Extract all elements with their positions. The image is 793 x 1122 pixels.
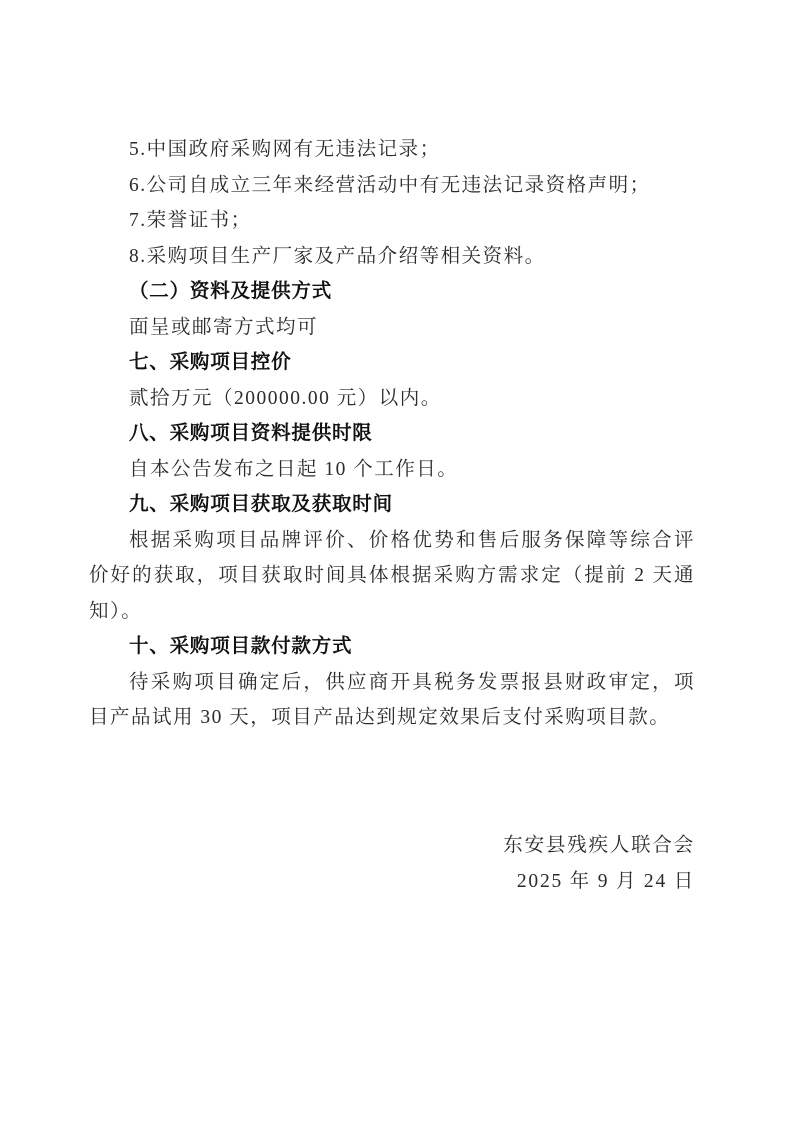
document-content: 5.中国政府采购网有无违法记录； 6.公司自成立三年来经营活动中有无违法记录资格… [89, 132, 695, 736]
section-body-payment-line-1: 待采购项目确定后，供应商开具税务发票报县财政审定，项 [89, 665, 695, 701]
section-body-award-line-2: 价好的获取，项目获取时间具体根据采购方需求定（提前 2 天通 [89, 558, 695, 594]
signature-date: 2025 年 9 月 24 日 [89, 864, 695, 900]
section-heading-deadline: 八、采购项目资料提供时限 [89, 416, 695, 452]
section-body-deadline: 自本公告发布之日起 10 个工作日。 [89, 452, 695, 488]
section-heading-price-cap: 七、采购项目控价 [89, 345, 695, 381]
section-heading-payment: 十、采购项目款付款方式 [89, 629, 695, 665]
signature-block: 东安县残疾人联合会 2025 年 9 月 24 日 [89, 828, 695, 899]
section-heading-award-time: 九、采购项目获取及获取时间 [89, 487, 695, 523]
document-page: 5.中国政府采购网有无违法记录； 6.公司自成立三年来经营活动中有无违法记录资格… [0, 0, 793, 1122]
section-body-payment-line-2: 目产品试用 30 天，项目产品达到规定效果后支付采购项目款。 [89, 700, 695, 736]
section-body-award-line-3: 知）。 [89, 594, 695, 630]
list-item-8: 8.采购项目生产厂家及产品介绍等相关资料。 [89, 239, 695, 275]
list-item-6: 6.公司自成立三年来经营活动中有无违法记录资格声明； [89, 168, 695, 204]
section-body-materials-method: 面呈或邮寄方式均可 [89, 310, 695, 346]
section-heading-materials-method: （二）资料及提供方式 [89, 274, 695, 310]
list-item-5: 5.中国政府采购网有无违法记录； [89, 132, 695, 168]
signature-org: 东安县残疾人联合会 [89, 828, 695, 864]
list-item-7: 7.荣誉证书； [89, 203, 695, 239]
section-body-price-cap: 贰拾万元（200000.00 元）以内。 [89, 381, 695, 417]
section-body-award-line-1: 根据采购项目品牌评价、价格优势和售后服务保障等综合评 [89, 523, 695, 559]
